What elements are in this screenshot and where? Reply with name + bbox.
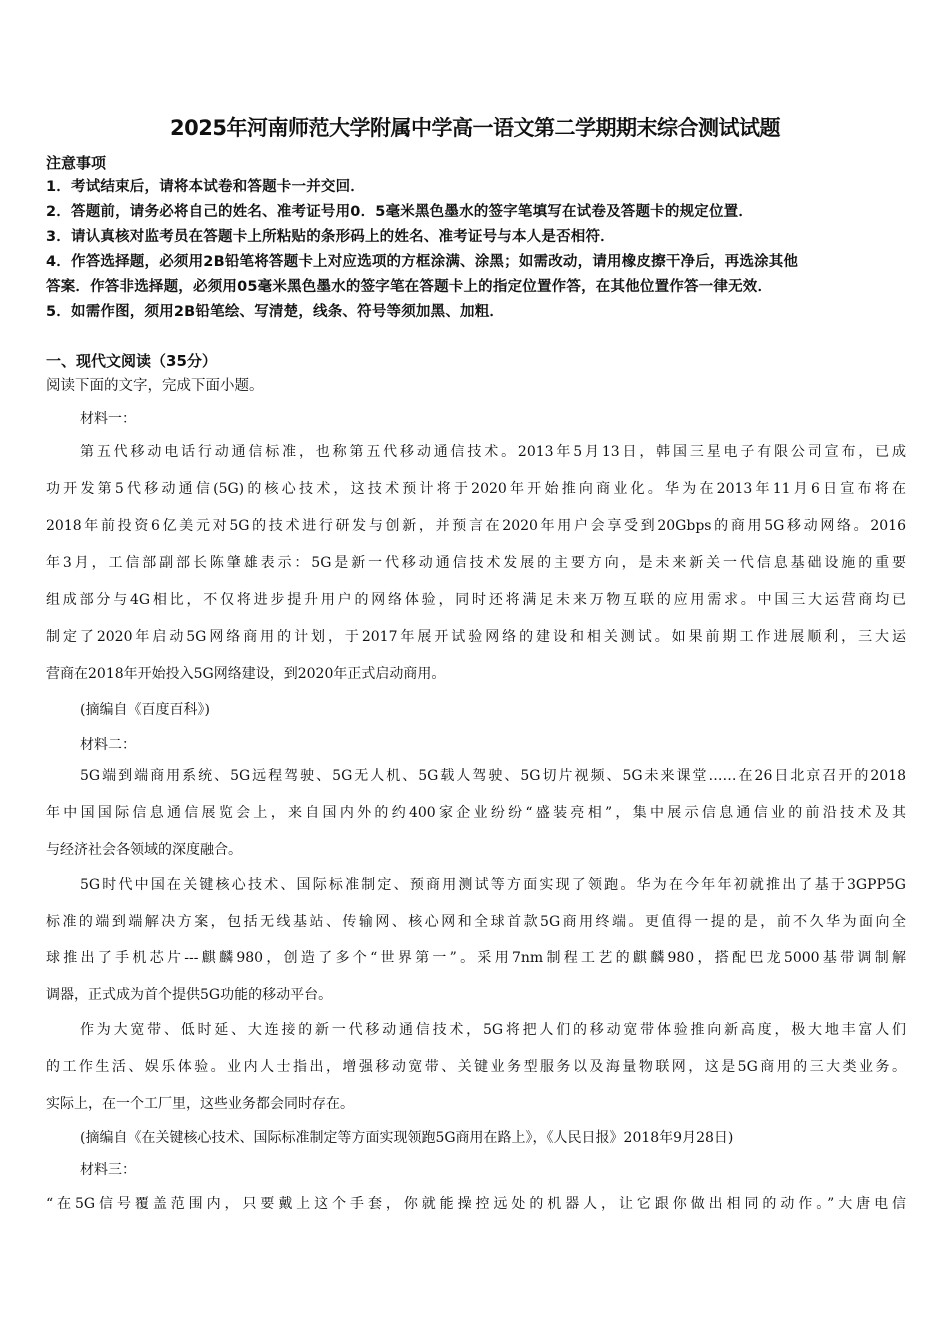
passage-line: 与经济社会各领域的深度融合。 xyxy=(46,840,242,860)
passage-line: 第五代移动电话行动通信标准，也称第五代移动通信技术。2013年5月13日，韩国三… xyxy=(80,442,906,462)
passage-line: 5G端到端商用系统、5G远程驾驶、5G无人机、5G载人驾驶、5G切片视频、5G未… xyxy=(80,766,906,786)
notes-item: 答案．作答非选择题，必须用05毫米黑色墨水的签字笔在答题卡上的指定位置作答，在其… xyxy=(46,275,916,300)
passage-line: 的工作生活、娱乐体验。业内人士指出，增强移动宽带、关键业务型服务以及海量物联网，… xyxy=(46,1057,906,1077)
passage-line: 球推出了手机芯片---麒麟980，创造了多个“世界第一”。采用7nm制程工艺的麒… xyxy=(46,948,906,968)
passage-line: 2018年前投资6亿美元对5G的技术进行研发与创新，并预言在2020年用户会享受… xyxy=(46,516,906,536)
passage-line: 年中国国际信息通信展览会上，来自国内外的约400家企业纷纷“盛装亮相”，集中展示… xyxy=(46,803,906,823)
document-title: 2025年河南师范大学附属中学高一语文第二学期期末综合测试试题 xyxy=(0,112,950,142)
notes-heading: 注意事项 xyxy=(46,151,916,175)
passage-line: 5G时代中国在关键核心技术、国际标准制定、预商用测试等方面实现了领跑。华为在今年… xyxy=(80,875,906,895)
passage-line: 制定了2020年启动5G网络商用的计划，于2017年展开试验网络的建设和相关测试… xyxy=(46,627,906,647)
passage-line: 实际上，在一个工厂里，这些业务都会同时存在。 xyxy=(46,1094,354,1114)
passage-line: (摘编自《百度百科》) xyxy=(80,700,210,720)
notes-item: 2．答题前，请务必将自己的姓名、准考证号用0．5毫米黑色墨水的签字笔填写在试卷及… xyxy=(46,200,916,225)
notes-item: 3．请认真核对监考员在答题卡上所粘贴的条形码上的姓名、准考证号与本人是否相符． xyxy=(46,225,916,250)
passage-line: 作为大宽带、低时延、大连接的新一代移动通信技术，5G将把人们的移动宽带体验推向新… xyxy=(80,1020,906,1040)
passage-line: “在5G信号覆盖范围内，只要戴上这个手套，你就能操控远处的机器人，让它跟你做出相… xyxy=(46,1194,906,1214)
passage-line: 材料一： xyxy=(80,409,136,429)
passage-line: 调器，正式成为首个提供5G功能的移动平台。 xyxy=(46,985,332,1005)
section-instruction: 阅读下面的文字，完成下面小题。 xyxy=(46,374,264,395)
passage-line: (摘编自《在关键核心技术、国际标准制定等方面实现领跑5G商用在路上》，《人民日报… xyxy=(80,1128,733,1148)
notes-item: 1．考试结束后，请将本试卷和答题卡一并交回． xyxy=(46,175,916,200)
passage-line: 营商在2018年开始投入5G网络建设，到2020年正式启动商用。 xyxy=(46,664,445,684)
passage-line: 材料二： xyxy=(80,735,136,755)
section-heading: 一、现代文阅读（35分） xyxy=(46,350,217,371)
notes-item: 5．如需作图，须用2B铅笔绘、写清楚，线条、符号等须加黑、加粗． xyxy=(46,300,916,325)
passage-line: 组成部分与4G相比，不仅将进步提升用户的网络体验，同时还将满足未来万物互联的应用… xyxy=(46,590,906,610)
passage-line: 材料三： xyxy=(80,1160,136,1180)
exam-page: 2025年河南师范大学附属中学高一语文第二学期期末综合测试试题 注意事项 1．考… xyxy=(0,0,950,1344)
passage-line: 功开发第5代移动通信(5G)的核心技术，这技术预计将于2020年开始推向商业化。… xyxy=(46,479,906,499)
passage-line: 标准的端到端解决方案，包括无线基站、传输网、核心网和全球首款5G商用终端。更值得… xyxy=(46,912,906,932)
passage-line: 年3月，工信部副部长陈肇雄表示：5G是新一代移动通信技术发展的主要方向，是未来新… xyxy=(46,553,906,573)
notes-item: 4．作答选择题，必须用2B铅笔将答题卡上对应选项的方框涂满、涂黑；如需改动，请用… xyxy=(46,250,916,275)
notes-block: 注意事项 1．考试结束后，请将本试卷和答题卡一并交回． 2．答题前，请务必将自己… xyxy=(46,151,916,325)
